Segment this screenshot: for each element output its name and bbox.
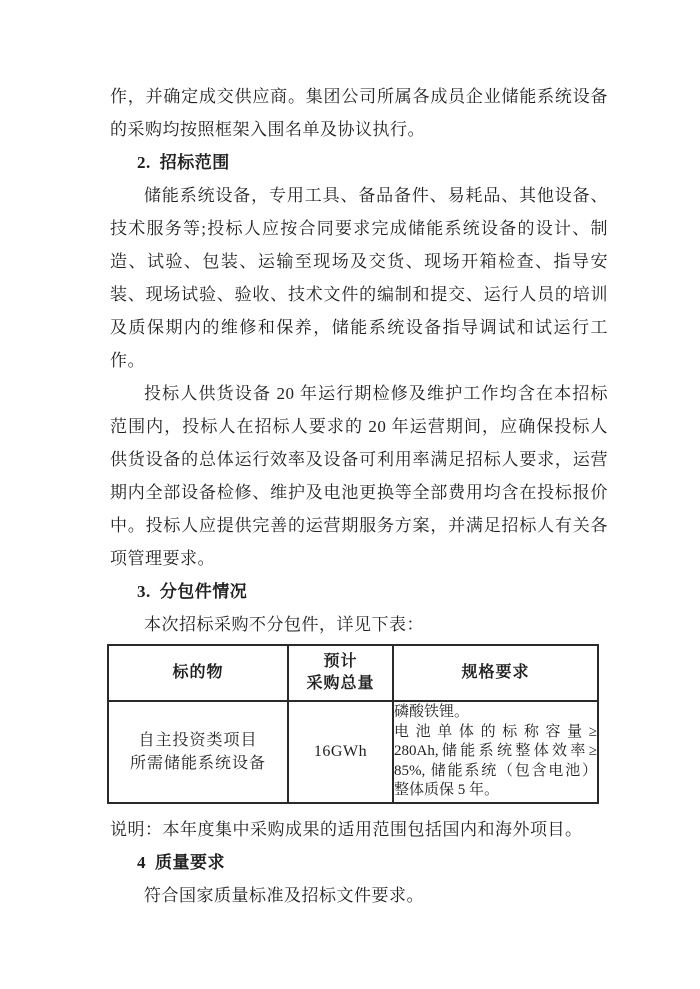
section-2-paragraph-scope: 储能系统设备，专用工具、备品备件、易耗品、其他设备、技术服务等;投标人应按合同要… (110, 179, 608, 377)
section-4-title: 质量要求 (155, 853, 225, 872)
section-2-title: 招标范围 (160, 153, 230, 172)
spec-line-4: 85%, 储能系统（包含电池） (394, 762, 597, 782)
section-3-title: 分包件情况 (160, 582, 248, 601)
section-4-paragraph: 符合国家质量标准及招标文件要求。 (110, 879, 608, 912)
document-page: 作，并确定成交供应商。集团公司所属各成员企业储能系统设备的采购均按照框架入围名单… (0, 0, 700, 989)
table-header-row: 标的物 预计 采购总量 规格要求 (108, 645, 598, 701)
section-2-number: 2. (137, 153, 151, 172)
spec-line-3: 280Ah,储能系统整体效率≥ (394, 742, 597, 762)
cell-subject-line1: 自主投资类项目 (109, 729, 287, 752)
header-spec: 规格要求 (393, 645, 598, 701)
header-subject: 标的物 (108, 645, 288, 701)
procurement-table: 标的物 预计 采购总量 规格要求 自主投资类项目 所需储能系统设备 16GWh … (107, 644, 599, 804)
spec-line-1: 磷酸铁锂。 (394, 703, 597, 723)
header-quantity-line1: 预计 (289, 651, 392, 673)
cell-subject: 自主投资类项目 所需储能系统设备 (108, 701, 288, 803)
section-3-number: 3. (137, 582, 151, 601)
section-3-heading: 3.分包件情况 (137, 575, 608, 608)
document-content: 作，并确定成交供应商。集团公司所属各成员企业储能系统设备的采购均按照框架入围名单… (0, 0, 700, 912)
table-row: 自主投资类项目 所需储能系统设备 16GWh 磷酸铁锂。 电池单体的标称容量≥ … (108, 701, 598, 803)
section-2-heading: 2.招标范围 (137, 146, 608, 179)
header-quantity: 预计 采购总量 (288, 645, 393, 701)
spec-line-2: 电池单体的标称容量≥ (394, 723, 597, 743)
spec-line-5: 整体质保 5 年。 (394, 781, 597, 801)
section-2-paragraph-operation: 投标人供货设备 20 年运行期检修及维护工作均含在本招标范围内，投标人在招标人要… (110, 377, 608, 575)
section-4-number: 4 (137, 853, 146, 872)
table-note: 说明：本年度集中采购成果的适用范围包括国内和海外项目。 (110, 813, 608, 846)
intro-paragraph: 作，并确定成交供应商。集团公司所属各成员企业储能系统设备的采购均按照框架入围名单… (110, 80, 608, 146)
section-3-intro: 本次招标采购不分包件，详见下表： (110, 608, 608, 641)
section-4-heading: 4质量要求 (137, 846, 608, 879)
cell-quantity: 16GWh (288, 701, 393, 803)
header-quantity-line2: 采购总量 (289, 673, 392, 695)
cell-subject-line2: 所需储能系统设备 (109, 752, 287, 775)
cell-spec: 磷酸铁锂。 电池单体的标称容量≥ 280Ah,储能系统整体效率≥ 85%, 储能… (393, 701, 598, 803)
